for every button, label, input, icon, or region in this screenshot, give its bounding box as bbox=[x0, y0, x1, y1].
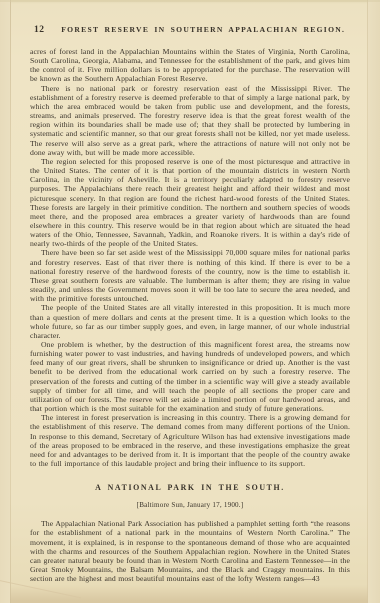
body-paragraph: The people of the United States are all … bbox=[30, 303, 350, 340]
scanned-document-page: 12 FOREST RESERVE IN SOUTHERN APPALACHIA… bbox=[0, 0, 380, 603]
body-paragraph: The interest in forest preservation is i… bbox=[30, 413, 350, 468]
body-paragraph: The region selected for this proposed re… bbox=[30, 157, 350, 249]
section-body: The Appalachian National Park Associatio… bbox=[30, 519, 350, 583]
section-source-citation: [Baltimore Sun, January 17, 1900.] bbox=[30, 501, 350, 509]
body-paragraph: acres of forest land in the Appalachian … bbox=[30, 47, 350, 84]
body-paragraph: The Appalachian National Park Associatio… bbox=[30, 519, 350, 583]
article-body: acres of forest land in the Appalachian … bbox=[30, 47, 350, 468]
running-title: FOREST RESERVE IN SOUTHERN APPALACHIAN R… bbox=[59, 25, 349, 34]
body-paragraph: One problem is whether, by the destructi… bbox=[30, 340, 350, 413]
running-head: 12 FOREST RESERVE IN SOUTHERN APPALACHIA… bbox=[34, 25, 348, 35]
page-content: 12 FOREST RESERVE IN SOUTHERN APPALACHIA… bbox=[0, 0, 380, 583]
body-paragraph: There is no national park or forestry re… bbox=[30, 84, 350, 157]
section-heading: A NATIONAL PARK IN THE SOUTH. bbox=[30, 483, 350, 492]
body-paragraph: There have been so far set aside west of… bbox=[30, 248, 350, 303]
page-number: 12 bbox=[34, 25, 45, 35]
